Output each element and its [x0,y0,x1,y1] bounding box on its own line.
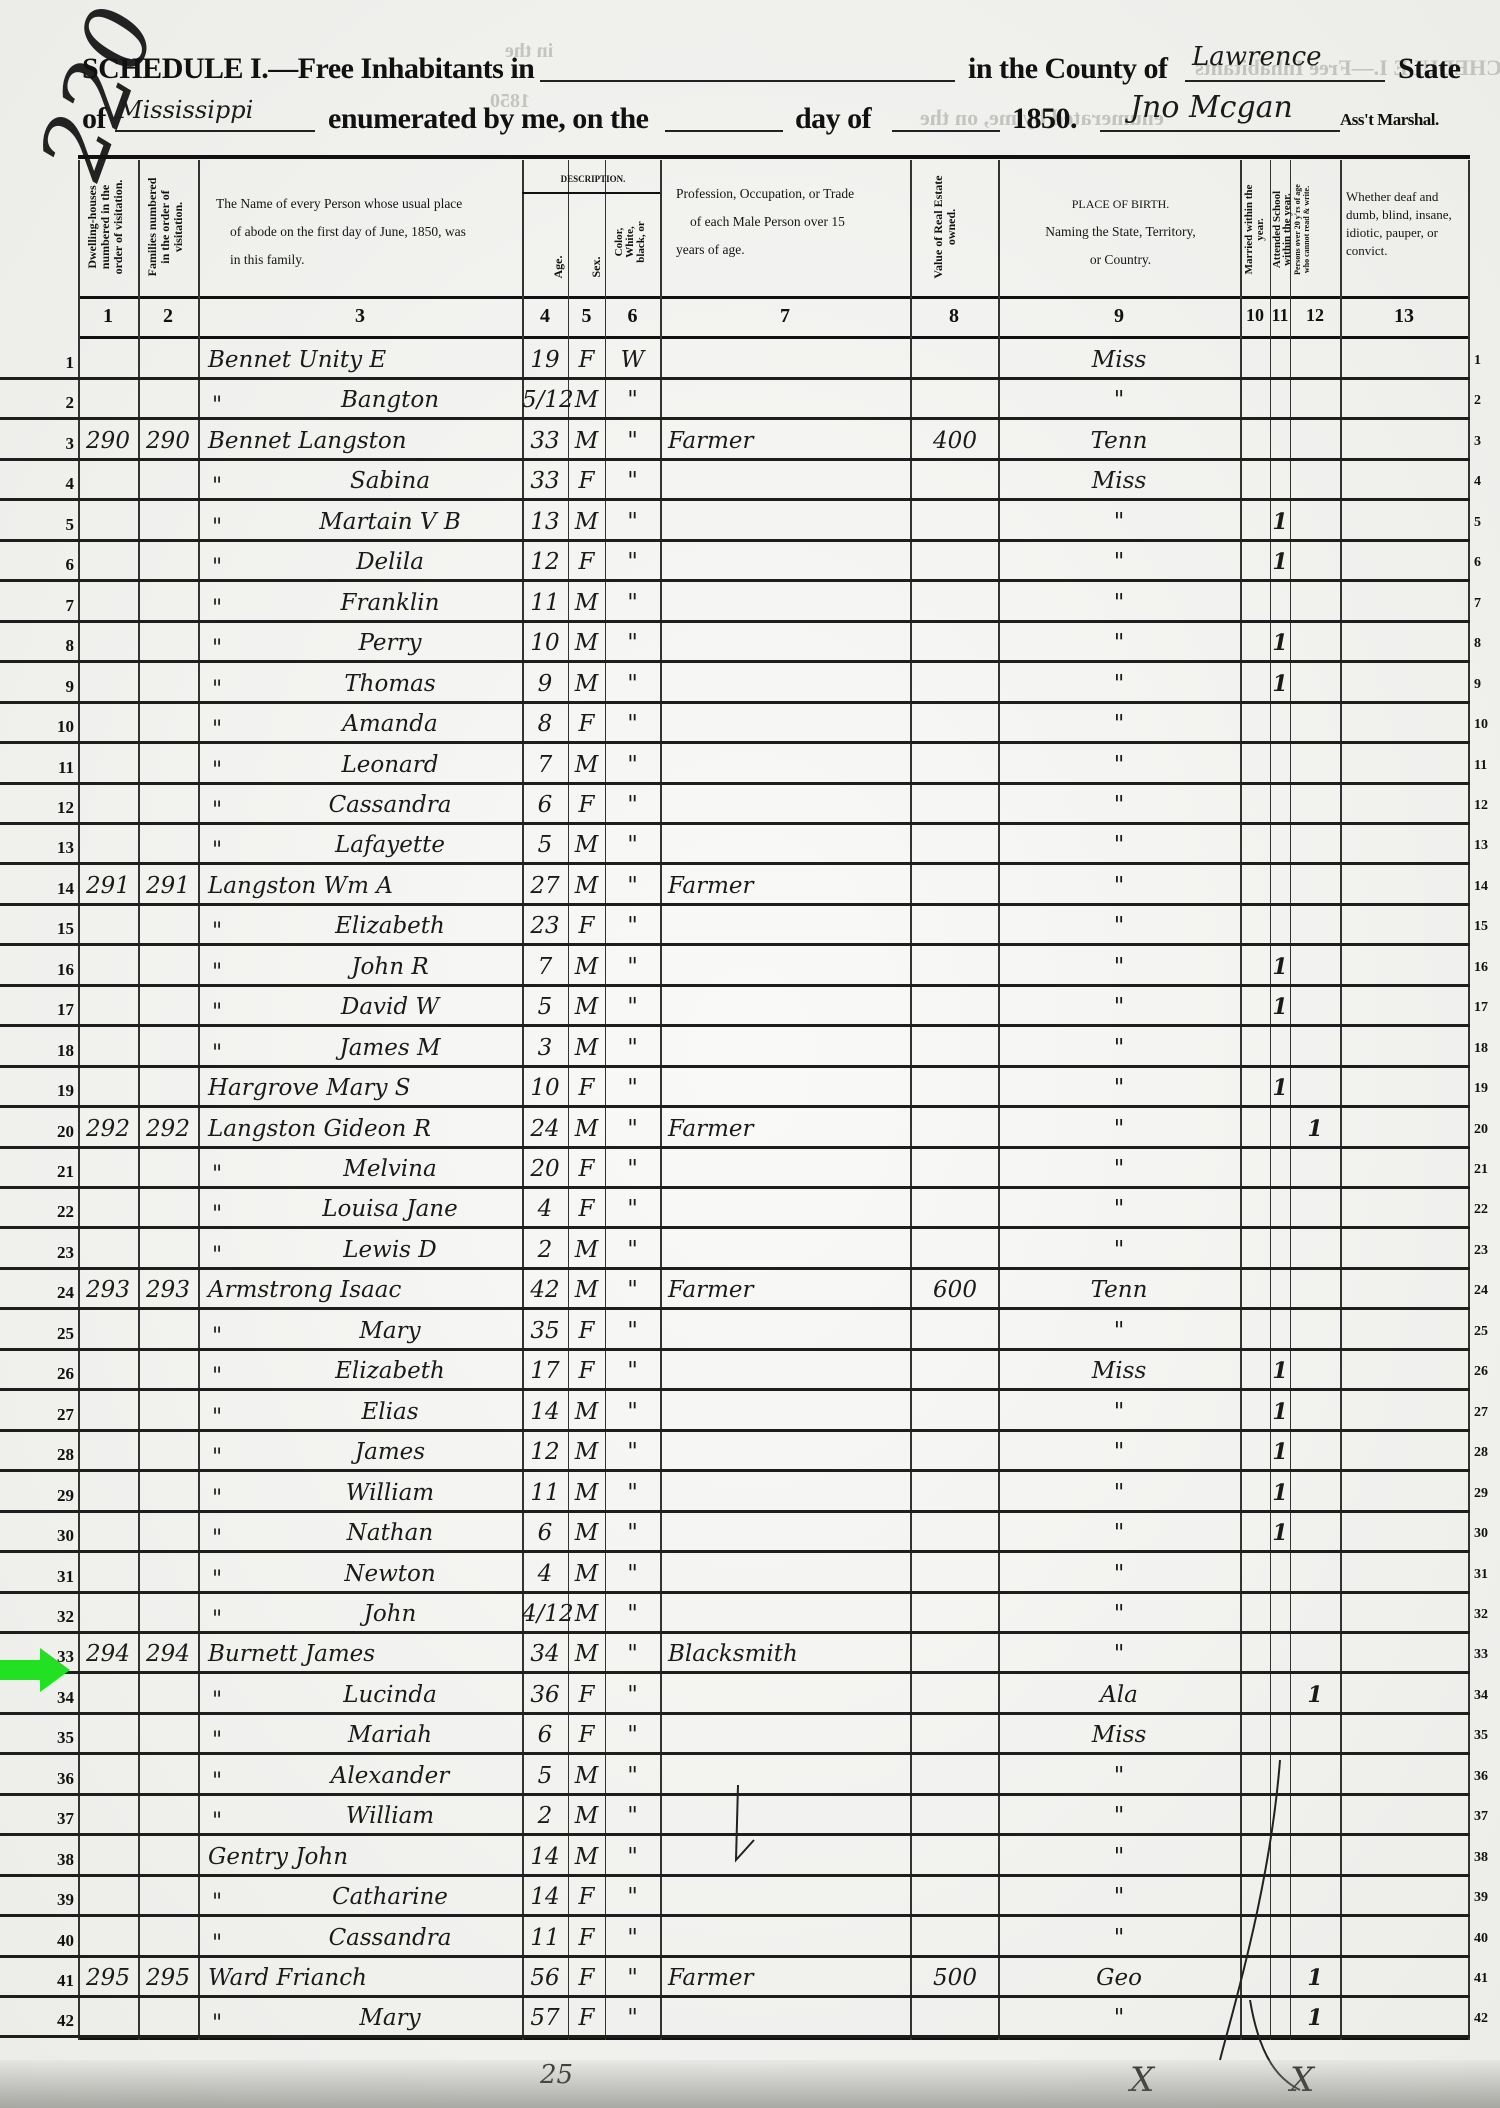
color-value: " [605,1637,660,1671]
header-color: Color, White, black, or [614,192,647,292]
real-estate-value [915,1880,995,1914]
header-text: Persons over 20 y'rs of age [1293,167,1302,292]
color-value: " [605,667,660,701]
line-number-right: 40 [1474,1931,1500,1947]
family-value [138,667,198,701]
married-value [1240,748,1270,782]
married-value [1240,990,1270,1024]
sex-value: M [568,748,605,782]
married-value [1240,1435,1270,1469]
age-value: 19 [522,343,568,377]
header-text: idiotic, pauper, or [1346,224,1468,242]
color-value: " [605,1557,660,1591]
school-value: 1 [1270,1476,1290,1510]
color-value: W [605,343,660,377]
cannot-read-value [1290,626,1340,660]
occupation-value [668,1678,908,1712]
birthplace-value: " [998,1557,1240,1591]
sex-value: M [568,505,605,539]
sex-value: M [568,586,605,620]
name-ditto-mark: " [212,1927,232,1961]
header-text: black, or [636,192,647,292]
name-ditto-mark: " [212,996,232,1030]
table-row: 1616"John R7M""1 [0,946,1470,987]
person-name: Mary [260,2001,520,2035]
sex-value: M [568,1840,605,1874]
cannot-read-value [1290,667,1340,701]
married-value [1240,464,1270,498]
dwelling-value [78,2001,138,2035]
age-value: 7 [522,950,568,984]
condition-value [1340,1435,1468,1469]
real-estate-value [915,1597,995,1631]
sex-value: F [568,1192,605,1226]
family-value [138,828,198,862]
occupation-value [668,1233,908,1267]
sex-value: F [568,1718,605,1752]
dwelling-value: 295 [78,1961,138,1995]
color-value: " [605,1233,660,1267]
name-ditto-mark: " [212,834,232,868]
condition-value [1340,1961,1468,1995]
occupation-value [668,626,908,660]
header-family: Families numbered in the order of visita… [146,162,185,292]
condition-value [1340,1314,1468,1348]
line-number-left: 20 [36,1122,74,1142]
sex-value: M [568,1031,605,1065]
school-value [1270,1112,1290,1146]
color-value: " [605,1678,660,1712]
family-value [138,1233,198,1267]
family-value [138,1799,198,1833]
married-value [1240,1071,1270,1105]
day-blank [665,130,783,132]
sex-value: F [568,1314,605,1348]
occupation-value [668,1921,908,1955]
line-number-right: 1 [1474,353,1500,369]
table-row: 2727"Elias14M""1 [0,1391,1470,1432]
school-value: 1 [1270,545,1290,579]
color-value: " [605,2001,660,2035]
real-estate-value [915,1921,995,1955]
person-name: Nathan [260,1516,520,1550]
sex-value: M [568,869,605,903]
line-number-left: 6 [36,555,74,575]
dwelling-value [78,748,138,782]
age-value: 8 [522,707,568,741]
dwelling-value: 293 [78,1273,138,1307]
line-number-right: 20 [1474,1122,1500,1138]
real-estate-value [915,869,995,903]
real-estate-value [915,2001,995,2035]
condition-value [1340,1799,1468,1833]
condition-value [1340,828,1468,862]
age-value: 35 [522,1314,568,1348]
dwelling-value [78,909,138,943]
sex-value: F [568,788,605,822]
sex-value: F [568,707,605,741]
dwelling-value [78,1557,138,1591]
occupation-value [668,788,908,822]
header-text: who cannot read & write. [1302,167,1311,292]
line-number-right: 27 [1474,1405,1500,1421]
married-value [1240,626,1270,660]
birthplace-value: " [998,505,1240,539]
real-estate-value [915,545,995,579]
occupation-value [668,383,908,417]
line-number-right: 2 [1474,393,1500,409]
state-blank [115,130,315,132]
name-ditto-mark: " [212,511,232,545]
occupation-value [668,1597,908,1631]
dwelling-value [78,343,138,377]
real-estate-value [915,1071,995,1105]
name-ditto-mark: " [212,1401,232,1435]
married-value [1240,950,1270,984]
sex-value: F [568,343,605,377]
condition-value [1340,1273,1468,1307]
sex-value: F [568,1961,605,1995]
cannot-read-value [1290,828,1340,862]
cannot-read-value [1290,1516,1340,1550]
line-number-right: 13 [1474,838,1500,854]
table-row: 1414291291Langston Wm A27M"Farmer" [0,865,1470,906]
condition-value [1340,2001,1468,2035]
line-number-left: 2 [36,393,74,413]
name-ditto-mark: " [212,470,232,504]
sex-value: M [568,1557,605,1591]
family-value [138,1880,198,1914]
age-value: 2 [522,1799,568,1833]
age-value: 10 [522,1071,568,1105]
age-value: 9 [522,667,568,701]
condition-value [1340,1192,1468,1226]
age-value: 14 [522,1395,568,1429]
school-value [1270,464,1290,498]
married-value [1240,869,1270,903]
column-number: 7 [660,305,910,328]
married-value [1240,505,1270,539]
person-name: Lucinda [260,1678,520,1712]
cannot-read-value [1290,1314,1340,1348]
header-birthplace: PLACE OF BIRTH. Naming the State, Territ… [1003,190,1238,274]
line-number-left: 1 [36,353,74,373]
family-value [138,1516,198,1550]
occupation-value: Blacksmith [668,1637,908,1671]
line-number-right: 21 [1474,1162,1500,1178]
sex-value: M [568,1799,605,1833]
line-number-right: 31 [1474,1567,1500,1583]
occupation-value [668,1071,908,1105]
school-value: 1 [1270,667,1290,701]
enumerated-label: enumerated by me, on the [328,102,648,136]
condition-value [1340,1557,1468,1591]
color-value: " [605,828,660,862]
dwelling-value: 294 [78,1637,138,1671]
birthplace-value: " [998,707,1240,741]
condition-value [1340,1840,1468,1874]
color-value: " [605,1192,660,1226]
dwelling-value [78,1921,138,1955]
county-value: Lawrence [1192,42,1322,72]
column-number: 13 [1340,305,1468,328]
person-name: Louisa Jane [260,1192,520,1226]
line-number-left: 40 [36,1931,74,1951]
line-number-left: 37 [36,1809,74,1829]
real-estate-value [915,464,995,498]
table-row: 55"Martain V B13M""1 [0,501,1470,542]
person-name: Sabina [260,464,520,498]
person-name: Perry [260,626,520,660]
color-value: " [605,1921,660,1955]
family-value [138,707,198,741]
real-estate-value [915,1678,995,1712]
real-estate-value [915,383,995,417]
header-description: DESCRIPTION. [528,170,658,188]
cannot-read-value [1290,990,1340,1024]
condition-value [1340,707,1468,741]
color-value: " [605,626,660,660]
name-ditto-mark: " [212,1239,232,1273]
marshal-signature: Jno Mcgan [1130,90,1293,125]
condition-value [1340,990,1468,1024]
header-text: year. [1255,167,1266,292]
line-number-left: 26 [36,1364,74,1384]
table-row: 1010"Amanda8F"" [0,703,1470,744]
line-number-left: 28 [36,1445,74,1465]
cannot-read-value [1290,1597,1340,1631]
cannot-read-value [1290,464,1340,498]
person-name: James [260,1435,520,1469]
occupation-value [668,667,908,701]
dwelling-value [78,1516,138,1550]
name-ditto-mark: " [212,389,232,423]
dwelling-value [78,1071,138,1105]
table-row: 3232"John4/12M"" [0,1593,1470,1634]
person-name: Melvina [260,1152,520,1186]
occupation-value [668,1354,908,1388]
header-text: convict. [1346,242,1468,260]
family-value [138,1192,198,1226]
birthplace-value: " [998,1435,1240,1469]
header-text: owned. [945,162,958,292]
color-value: " [605,909,660,943]
color-value: " [605,1718,660,1752]
dwelling-value [78,1031,138,1065]
dwelling-value [78,464,138,498]
cannot-read-value [1290,1557,1340,1591]
line-number-left: 29 [36,1486,74,1506]
dwelling-value [78,828,138,862]
line-number-right: 26 [1474,1364,1500,1380]
school-value [1270,424,1290,458]
family-value: 293 [138,1273,198,1307]
occupation-value [668,1799,908,1833]
person-name: Leonard [260,748,520,782]
line-number-right: 37 [1474,1809,1500,1825]
person-name: Bangton [260,383,520,417]
column-number: 2 [138,305,198,328]
name-ditto-mark: " [212,794,232,828]
line-number-right: 3 [1474,434,1500,450]
line-number-left: 7 [36,596,74,616]
person-name: John [260,1597,520,1631]
birthplace-value: " [998,1395,1240,1429]
dwelling-value [78,1718,138,1752]
year-label: 1850. [1012,102,1077,136]
age-value: 57 [522,2001,568,2035]
marshal-label: Ass't Marshal. [1340,110,1439,130]
line-number-right: 34 [1474,1688,1500,1704]
cannot-read-value [1290,586,1340,620]
header-text: Sex. [590,242,603,292]
school-value [1270,909,1290,943]
school-value [1270,1597,1290,1631]
sex-value: M [568,1395,605,1429]
occupation-value [668,343,908,377]
family-value [138,545,198,579]
married-value [1240,1476,1270,1510]
birthplace-value: " [998,828,1240,862]
sex-value: M [568,1476,605,1510]
school-value: 1 [1270,1435,1290,1469]
school-value [1270,788,1290,822]
line-number-right: 11 [1474,758,1500,774]
highlight-arrow-icon [0,1648,70,1692]
line-number-left: 16 [36,960,74,980]
married-value [1240,586,1270,620]
married-value [1240,1273,1270,1307]
married-value [1240,383,1270,417]
column-number: 10 [1240,305,1270,326]
cannot-read-value: 1 [1290,1112,1340,1146]
condition-value [1340,667,1468,701]
line-number-left: 30 [36,1526,74,1546]
header-cannot-read: Persons over 20 y'rs of age who cannot r… [1293,167,1311,292]
age-value: 11 [522,586,568,620]
column-number: 12 [1290,305,1340,326]
family-value [138,505,198,539]
color-value: " [605,545,660,579]
line-number-left: 8 [36,636,74,656]
line-number-right: 6 [1474,555,1500,571]
cannot-read-value [1290,1354,1340,1388]
sex-value: F [568,1921,605,1955]
line-number-right: 35 [1474,1728,1500,1744]
age-value: 33 [522,424,568,458]
birthplace-value: " [998,1192,1240,1226]
sex-value: F [568,545,605,579]
line-number-left: 14 [36,879,74,899]
name-ditto-mark: " [212,551,232,585]
occupation-value [668,909,908,943]
family-value [138,1354,198,1388]
header-text: within the year. [1282,167,1292,292]
dwelling-value: 291 [78,869,138,903]
person-name: Ward Frianch [208,1961,523,1995]
condition-value [1340,1678,1468,1712]
married-value [1240,1233,1270,1267]
real-estate-value [915,1395,995,1429]
occupation-value: Farmer [668,1961,908,1995]
occupation-value [668,586,908,620]
cannot-read-value [1290,748,1340,782]
family-value [138,626,198,660]
dwelling-value [78,545,138,579]
table-row: 1919Hargrove Mary S10F""1 [0,1067,1470,1108]
real-estate-value [915,1152,995,1186]
dwelling-value [78,950,138,984]
color-value: " [605,1435,660,1469]
name-ditto-mark: " [212,1037,232,1071]
condition-value [1340,1233,1468,1267]
cannot-read-value [1290,707,1340,741]
cannot-read-value [1290,383,1340,417]
birthplace-value: " [998,1071,1240,1105]
occupation-value [668,990,908,1024]
family-value [138,1031,198,1065]
real-estate-value: 400 [915,424,995,458]
name-ditto-mark: " [212,1320,232,1354]
family-value [138,1071,198,1105]
family-value [138,1395,198,1429]
person-name: Delila [260,545,520,579]
table-row: 44"Sabina33F"Miss [0,460,1470,501]
age-value: 33 [522,464,568,498]
name-ditto-mark: " [212,1198,232,1232]
age-value: 5 [522,1759,568,1793]
sex-value: F [568,1152,605,1186]
married-value [1240,1395,1270,1429]
occupation-value [668,1718,908,1752]
birthplace-value: " [998,1233,1240,1267]
cannot-read-value [1290,1395,1340,1429]
school-value: 1 [1270,1071,1290,1105]
header-dwelling: Dwelling-houses numbered in the order of… [86,162,125,292]
school-value: 1 [1270,626,1290,660]
age-value: 5 [522,990,568,1024]
person-name: Hargrove Mary S [208,1071,523,1105]
real-estate-value [915,1354,995,1388]
real-estate-value [915,1799,995,1833]
table-row: 2626"Elizabeth17F"Miss1 [0,1350,1470,1391]
married-value [1240,1354,1270,1388]
condition-value [1340,545,1468,579]
sex-value: F [568,1071,605,1105]
header-occupation: Profession, Occupation, or Trade of each… [676,180,906,264]
family-value [138,909,198,943]
column-number: 8 [910,305,998,328]
condition-value [1340,1516,1468,1550]
person-name: Newton [260,1557,520,1591]
sex-value: M [568,1516,605,1550]
occupation-value [668,2001,908,2035]
condition-value [1340,1718,1468,1752]
occupation-value [668,828,908,862]
real-estate-value [915,1840,995,1874]
real-estate-value [915,505,995,539]
school-value [1270,707,1290,741]
person-name: Cassandra [260,788,520,822]
married-value [1240,1597,1270,1631]
family-value [138,748,198,782]
column-number: 11 [1270,305,1290,326]
age-value: 20 [522,1152,568,1186]
name-ditto-mark: " [212,632,232,666]
birthplace-value: " [998,748,1240,782]
column-number: 1 [78,305,138,328]
occupation-value [668,505,908,539]
